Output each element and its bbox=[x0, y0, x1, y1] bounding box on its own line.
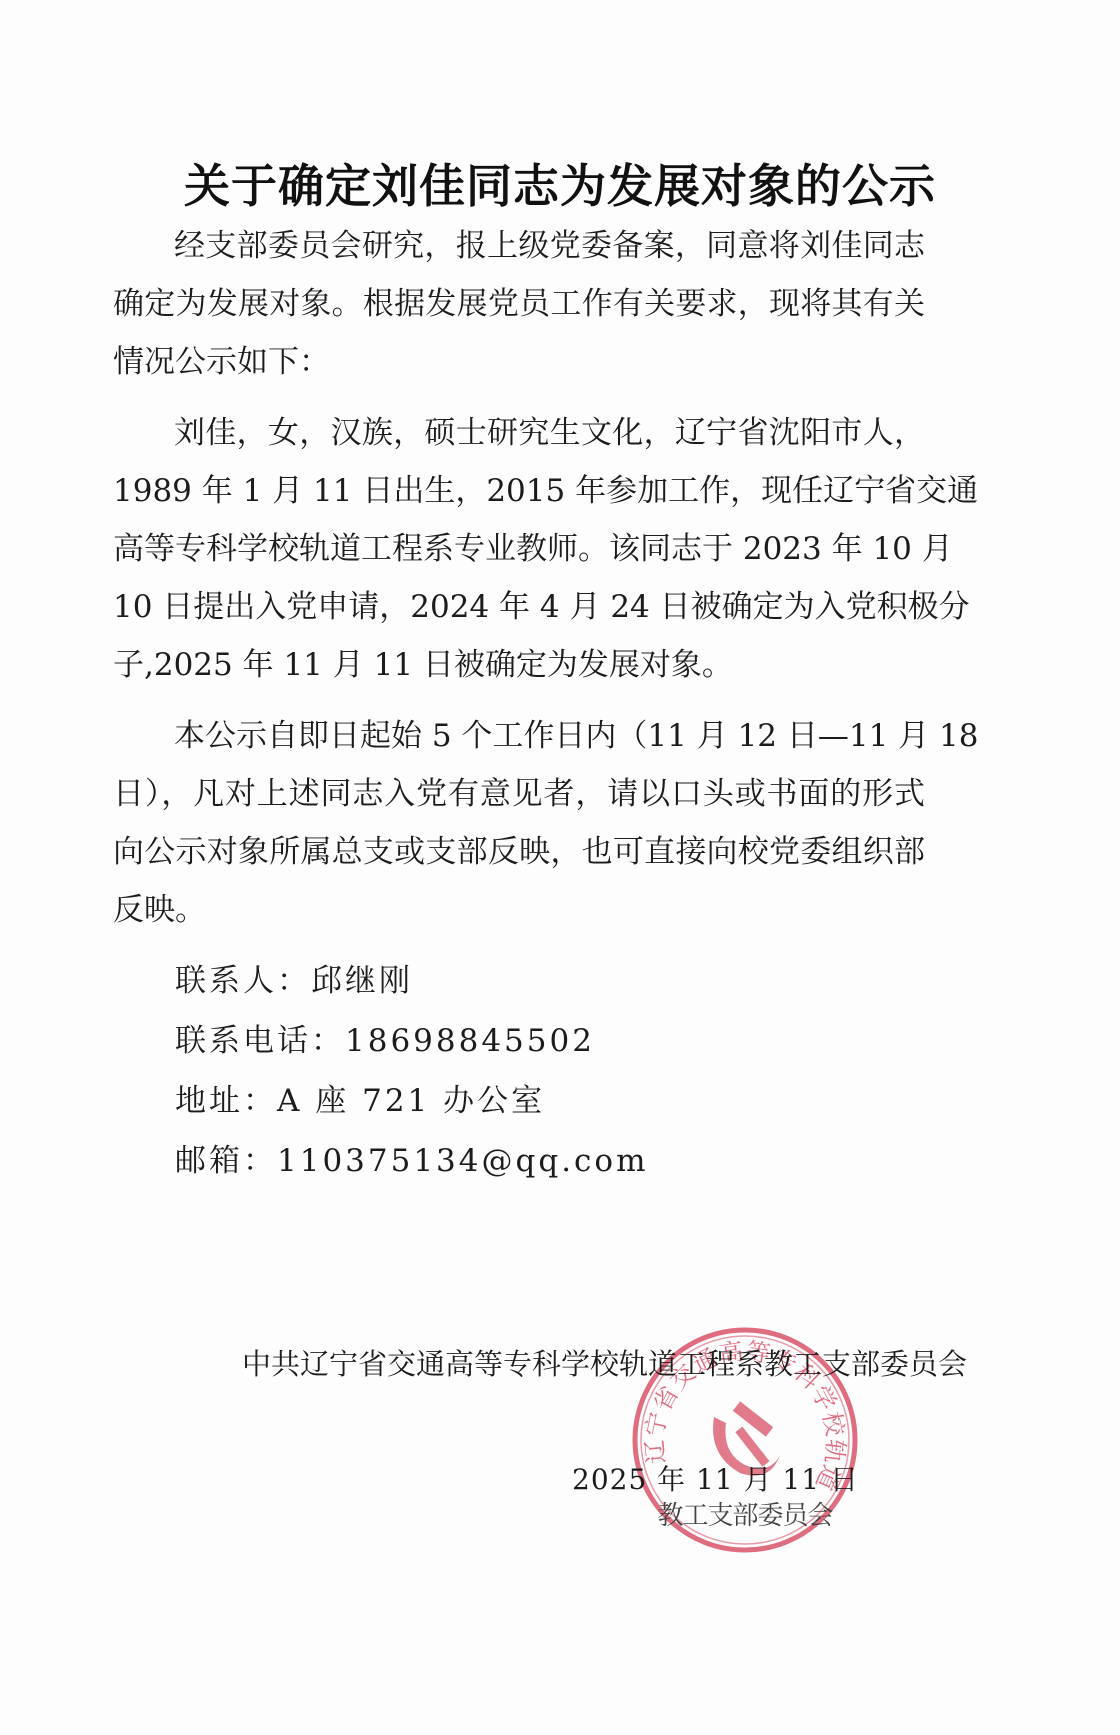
paragraph1-line2: 确定为发展对象。根据发展党员工作有关要求，现将其有关 bbox=[113, 284, 925, 324]
paragraph1-line3: 情况公示如下： bbox=[113, 342, 925, 382]
contact-email-value: 110375134@qq.com bbox=[277, 1143, 648, 1179]
paragraph2-line2: 1989 年 1 月 11 日出生，2015 年参加工作，现任辽宁省交通 bbox=[113, 471, 925, 511]
paragraph2-line4: 10 日提出入党申请，2024 年 4 月 24 日被确定为入党积极分 bbox=[113, 587, 925, 627]
contact-address-value: A 座 721 办公室 bbox=[277, 1083, 545, 1119]
paragraph3-line1: 本公示自即日起始 5 个工作日内（11 月 12 日—11 月 18 bbox=[174, 716, 925, 756]
contact-email-label: 邮箱： bbox=[175, 1143, 277, 1179]
paragraph3-line4: 反映。 bbox=[113, 890, 925, 930]
contact-address-label: 地址： bbox=[175, 1083, 277, 1119]
contact-person-value: 邱继刚 bbox=[311, 963, 413, 999]
paragraph2-line1: 刘佳，女，汉族，硕士研究生文化，辽宁省沈阳市人， bbox=[174, 413, 925, 453]
paragraph3-line2: 日），凡对上述同志入党有意见者，请以口头或书面的形式 bbox=[113, 774, 925, 814]
contact-person-label: 联系人： bbox=[175, 963, 311, 999]
contact-phone-value: 18698845502 bbox=[345, 1023, 595, 1059]
contact-phone-label: 联系电话： bbox=[175, 1023, 345, 1059]
document-title: 关于确定刘佳同志为发展对象的公示 bbox=[0, 150, 1120, 216]
contact-address: 地址：A 座 721 办公室 bbox=[175, 1081, 545, 1121]
contact-phone: 联系电话：18698845502 bbox=[175, 1021, 595, 1061]
signature-organization: 中共辽宁省交通高等专科学校轨道工程系教工支部委员会 bbox=[242, 1344, 967, 1384]
signature-date: 2025 年 11 月 11 日 bbox=[572, 1460, 859, 1500]
paragraph1-line1: 经支部委员会研究，报上级党委备案，同意将刘佳同志 bbox=[174, 226, 925, 266]
contact-person: 联系人：邱继刚 bbox=[175, 961, 413, 1001]
seal-bottom-text: 教工支部委员会 bbox=[630, 1495, 860, 1532]
document-page: 关于确定刘佳同志为发展对象的公示 经支部委员会研究，报上级党委备案，同意将刘佳同… bbox=[0, 0, 1120, 1735]
contact-email: 邮箱：110375134@qq.com bbox=[175, 1141, 648, 1181]
paragraph2-line5: 子,2025 年 11 月 11 日被确定为发展对象。 bbox=[113, 645, 925, 685]
paragraph3-line3: 向公示对象所属总支或支部反映，也可直接向校党委组织部 bbox=[113, 832, 925, 872]
paragraph2-line3: 高等专科学校轨道工程系专业教师。该同志于 2023 年 10 月 bbox=[113, 529, 925, 569]
